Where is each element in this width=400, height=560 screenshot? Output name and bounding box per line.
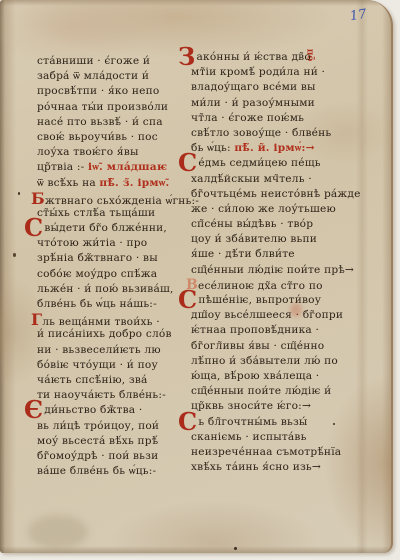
rubric-initial: З: [178, 51, 196, 63]
text-line: ро́чнаа ты́и произво́ли: [37, 100, 189, 115]
body-text: сканіємь · испыта́вь: [191, 431, 307, 443]
body-text: жтвнаго сьхо́жденіа ѡ́гнь:-: [45, 195, 199, 207]
text-line: неизрече́ннаа съмотрѣ́нїа: [191, 445, 351, 460]
body-text: неизрече́ннаа съмотрѣ́нїа: [191, 446, 341, 458]
text-line: ча́ѥть спсѣ́нію, зва́: [37, 373, 189, 388]
text-line: ми́ли · и́ разоу́мными: [191, 96, 351, 111]
text-line: Свы́дети бг̃о блже́нни,: [37, 221, 189, 236]
text-line: сщ̃е́нныи лю́діѥ пои́те прѣ→: [191, 263, 351, 278]
text-line: хвѣ́хь та́инь я́сно изь→: [191, 460, 351, 475]
text-line: владоу́щаго все́ми вы: [191, 80, 351, 95]
body-text: ль веща́нми твои́хь ·: [42, 316, 160, 328]
body-text: я́ше · дѣ́ти блви́те: [191, 248, 295, 260]
text-line: ст̃ы́хь стлѣ́а тьща́ши: [37, 206, 189, 221]
body-text: ста́вниши · є́гоже и́: [37, 55, 150, 67]
text-line: мт̃іи кромѣ́ роди́ла ни́ ·: [191, 65, 351, 80]
body-text: ю́ща, вѣ́рою хва́леща ·: [191, 370, 319, 382]
text-line: бо́віѥ что́ущи · и́ поу: [37, 358, 189, 373]
body-text: е́дмь седми́цею пе́щь: [198, 157, 320, 169]
text-line: Весе́линоѥ дх̃а ст̃го по: [191, 278, 351, 293]
text-line: Єди́ньство бж̃тва ·: [37, 403, 189, 418]
body-text: забра́ ѿ мла́дости и́: [37, 70, 149, 82]
rubric-initial: С: [178, 416, 197, 428]
body-text: дш̃оу вьсе́лшееся · бг̃опри: [191, 309, 343, 321]
text-line: свѣ́тло зовоу́ще · блве́нь: [191, 126, 351, 141]
text-line: льже́н · и́ пою́ вьзива́ш,: [37, 282, 189, 297]
rubric-initial: Є: [24, 404, 43, 416]
text-line: дш̃оу вьсе́лшееся · бг̃опри: [191, 308, 351, 323]
body-text: насе́ пто вьзвѣ́ · и́ спа: [37, 116, 163, 128]
body-text: ь бл̃гочтны́мь вьзы́: [198, 416, 307, 428]
body-text: просвѣ́тпи · я́ко непо: [37, 85, 159, 97]
text-line: забра́ ѿ мла́дости и́: [37, 69, 189, 84]
body-text: лѣ́пно и́ зба́вытели лю́ по: [191, 355, 338, 367]
text-line: Бжтвнаго сьхо́жденіа ѡ́гнь:-: [37, 191, 189, 206]
text-line: же · си́лою же лоу́тьшею: [191, 202, 351, 217]
rubric-initial: С: [178, 157, 197, 169]
body-text: ѿ всѣ́хь на: [37, 177, 99, 189]
text-line: ти наоуча́ѥть блве́нь:-: [37, 388, 189, 403]
body-text: мт̃іи кромѣ́ роди́ла ни́ ·: [191, 66, 325, 78]
text-line: сканіємь · испыта́вь: [191, 430, 351, 445]
rubric-initial: Г: [31, 310, 42, 329]
body-text: ст̃ы́хь стлѣ́а тьща́ши: [37, 207, 155, 219]
body-text: свѣ́тло зовоу́ще · блве́нь: [191, 127, 331, 139]
text-line: собо́ѥ моу́дро спѣ́жа: [37, 267, 189, 282]
body-text: что́тою жи́тіа · про: [37, 237, 147, 249]
text-line: бг̃огл̃ивы я́вы · сщ̃е́нно: [191, 339, 351, 354]
body-text: бг̃очтьце́мь неисто́внѣ ра́жде: [191, 188, 361, 200]
rubric-initial: С: [178, 294, 197, 306]
body-text: ми́ли · и́ разоу́мными: [191, 97, 315, 109]
text-line: и́ писа́ніихь добро сло́в: [37, 327, 189, 342]
body-text: ро́чнаа ты́и произво́ли: [37, 101, 168, 113]
body-text: моу́ вьсеста́ вѣ́хь прѣ́: [37, 435, 158, 447]
body-text: сщ̃е́нныи пои́те лю́діѥ и́: [191, 385, 331, 397]
body-text: собо́ѥ моу́дро спѣ́жа: [37, 268, 157, 280]
text-line: бг̃омоу́дрѣ · пои́ вьзи: [37, 449, 189, 464]
text-line: цоу и́ зба́вителю вьпи: [191, 232, 351, 247]
text-line: Сь бл̃гочтны́мь вьзы́: [191, 415, 351, 430]
body-text: пѣше́ніѥ, вьпроти́воу: [198, 294, 321, 306]
text-line: цр̃твіа :- іѡ̃. мла́дшаѥ: [37, 160, 189, 175]
text-line: блве́нь бь ѡ́ць на́шь:-: [37, 297, 189, 312]
body-text: льже́н · и́ пою́ вьзива́ш,: [37, 283, 174, 295]
rubric-text: іѡ̃. мла́дшаѥ: [88, 161, 167, 173]
text-line: лѣ́пно и́ зба́вытели лю́ по: [191, 354, 351, 369]
ink-speck: [333, 423, 335, 425]
text-line: насе́ пто вьзвѣ́ · и́ спа: [37, 115, 189, 130]
text-line: Зако́нны и́ ѥ́ства дв̃о: [191, 50, 351, 65]
text-line: ни · вьзвесели́ѥть лю: [37, 343, 189, 358]
rubric-initial: Б: [31, 189, 45, 208]
text-line: вь ли́цѣ тро́ицоу, пои́: [37, 419, 189, 434]
text-line: просвѣ́тпи · я́ко непо: [37, 84, 189, 99]
body-text: ако́нны и́ ѥ́ства дв̃о: [197, 51, 311, 63]
manuscript-page: 17 по̃ ста́вниши · є́гоже и́забра́ ѿ мла…: [0, 0, 393, 553]
ink-speck: [18, 192, 20, 195]
text-line: сщ̃е́нныи пои́те лю́діѥ и́: [191, 384, 351, 399]
text-line: я́ше · дѣ́ти блви́те: [191, 247, 351, 262]
text-column-right: Зако́нны и́ ѥ́ства дв̃омт̃іи кромѣ́ роди…: [191, 50, 351, 475]
folio-number: 17: [349, 7, 368, 24]
text-line: сп̃се́ны вы́дѣвь · тво́р: [191, 217, 351, 232]
body-text: ва́ше блве́нь бь ѡ́ць:-: [37, 465, 156, 477]
ink-speck: [13, 253, 16, 257]
body-text: цр̃твіа :-: [37, 161, 88, 173]
text-line: лоу́ха твоѥ́го я́вы: [37, 145, 189, 160]
text-line: ѥ́тнаа проповѣ́дника ·: [191, 323, 351, 338]
text-line: Спѣше́ніѥ, вьпроти́воу: [191, 293, 351, 308]
body-text: бг̃омоу́дрѣ · пои́ вьзи: [37, 450, 158, 462]
body-text: ди́ньство бж̃тва ·: [44, 404, 142, 416]
text-line: что́тою жи́тіа · про: [37, 236, 189, 251]
body-text: ѥ́тнаа проповѣ́дника ·: [191, 324, 319, 336]
body-text: бг̃огл̃ивы я́вы · сщ̃е́нно: [191, 340, 324, 352]
text-line: бг̃очтьце́мь неисто́внѣ ра́жде: [191, 187, 351, 202]
rubric-text: пѣ̃. з̃. ірмѡ̃.: [99, 177, 169, 189]
body-text: сщ̃е́нныи лю́діѥ пои́те прѣ→: [191, 264, 354, 276]
rubric-initial: С: [24, 222, 43, 234]
body-text: же · си́лою же лоу́тьшею: [191, 203, 336, 215]
text-line: Гль веща́нми твои́хь ·: [37, 312, 189, 327]
body-text: чт̃ла · є́гоже поѥ́мь: [191, 112, 304, 124]
body-text: цр̃квь зноси́те ѥ́го:→: [191, 400, 311, 412]
text-line: ста́вниши · є́гоже и́: [37, 54, 189, 69]
text-column-left: ста́вниши · є́гоже и́забра́ ѿ мла́дости …: [37, 54, 189, 479]
body-text: бо́віѥ что́ущи · и́ поу: [37, 359, 158, 371]
body-text: хвѣ́хь та́инь я́сно изь→: [191, 461, 321, 473]
body-text: ни · вьзвесели́ѥть лю: [37, 344, 161, 356]
text-line: ю́ща, вѣ́рою хва́леща ·: [191, 369, 351, 384]
body-text: владоу́щаго все́ми вы: [191, 81, 316, 93]
text-line: цр̃квь зноси́те ѥ́го:→: [191, 399, 351, 414]
text-line: зрѣ́ніа бж̃твнаго · вы: [37, 251, 189, 266]
ink-speck: [234, 547, 237, 550]
body-text: ча́ѥть спсѣ́нію, зва́: [37, 374, 148, 386]
text-line: халдѣ́йскыи мч̃тель ·: [191, 172, 351, 187]
text-line: ѿ всѣ́хь на пѣ̃. з̃. ірмѡ̃.: [37, 176, 189, 191]
text-line: ва́ше блве́нь бь ѡ́ць:-: [37, 464, 189, 479]
text-line: своѥ́ вьроучи́вь · пос: [37, 130, 189, 145]
body-text: вы́дети бг̃о блже́нни,: [44, 222, 167, 234]
rubric-text: пѣ̃. и̃. ірмѡ́:→: [234, 142, 314, 154]
body-text: вь ли́цѣ тро́ицоу, пои́: [37, 420, 159, 432]
body-text: сп̃се́ны вы́дѣвь · тво́р: [191, 218, 313, 230]
text-line: Се́дмь седми́цею пе́щь: [191, 156, 351, 171]
body-text: есе́линоѥ дх̃а ст̃го по: [198, 280, 323, 292]
parchment-stain: [28, 515, 88, 549]
body-text: своѥ́ вьроучи́вь · пос: [37, 131, 158, 143]
text-line: моу́ вьсеста́ вѣ́хь прѣ́: [37, 434, 189, 449]
text-line: чт̃ла · є́гоже поѥ́мь: [191, 111, 351, 126]
body-text: и́ писа́ніихь добро сло́в: [37, 328, 172, 340]
body-text: блве́нь бь ѡ́ць на́шь:-: [37, 298, 157, 310]
body-text: лоу́ха твоѥ́го я́вы: [37, 146, 139, 158]
body-text: бь ѡ́ць:: [191, 142, 234, 154]
manuscript-photo: 17 по̃ ста́вниши · є́гоже и́забра́ ѿ мла…: [0, 0, 400, 560]
body-text: ти наоуча́ѥть блве́нь:-: [37, 389, 166, 401]
body-text: зрѣ́ніа бж̃твнаго · вы: [37, 252, 158, 264]
text-line: бь ѡ́ць: пѣ̃. и̃. ірмѡ́:→: [191, 141, 351, 156]
body-text: халдѣ́йскыи мч̃тель ·: [191, 173, 312, 185]
body-text: цоу и́ зба́вителю вьпи: [191, 233, 317, 245]
